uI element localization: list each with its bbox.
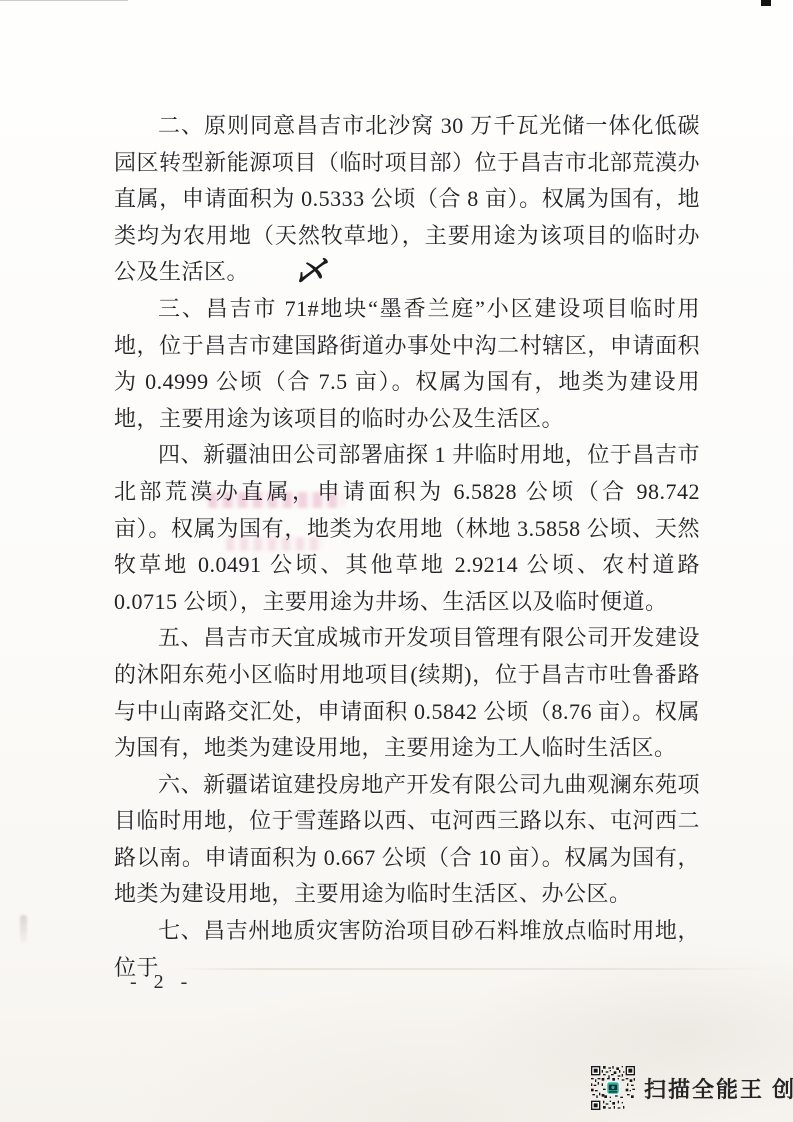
scan-artifact-corner: [761, 0, 771, 6]
handwritten-check-mark: 乄: [252, 251, 333, 289]
scan-smudge: [20, 915, 27, 943]
scanned-document-page: 二、原则同意昌吉市北沙窝 30 万千瓦光储一体化低碳园区转型新能源项目（临时项目…: [0, 0, 793, 1122]
scan-edge-line: [0, 0, 128, 1]
paragraph-item-2: 二、原则同意昌吉市北沙窝 30 万千瓦光储一体化低碳园区转型新能源项目（临时项目…: [114, 108, 700, 291]
paragraph-item-3-text: 三、昌吉市 71#地块“墨香兰庭”小区建设项目临时用地，位于昌吉市建国路街道办事…: [114, 296, 700, 431]
camera-icon: [606, 1081, 619, 1094]
paragraph-item-5: 五、昌吉市天宜成城市开发项目管理有限公司开发建设的沐阳东苑小区临时用地项目(续期…: [114, 620, 700, 766]
paragraph-item-5-text: 五、昌吉市天宜成城市开发项目管理有限公司开发建设的沐阳东苑小区临时用地项目(续期…: [114, 625, 700, 760]
qr-code-icon: [591, 1066, 635, 1110]
paragraph-item-2-text: 二、原则同意昌吉市北沙窝 30 万千瓦光储一体化低碳园区转型新能源项目（临时项目…: [114, 113, 700, 284]
paragraph-item-3: 三、昌吉市 71#地块“墨香兰庭”小区建设项目临时用地，位于昌吉市建国路街道办事…: [114, 291, 700, 437]
paragraph-item-4-text: 四、新疆油田公司部署庙探 1 井临时用地，位于昌吉市北部荒漠办直属，申请面积为 …: [114, 442, 700, 613]
page-number: - 2 -: [130, 971, 193, 994]
paragraph-item-7: 七、昌吉州地质灾害防治项目砂石料堆放点临时用地，位于: [114, 913, 700, 986]
paragraph-item-4: 四、新疆油田公司部署庙探 1 井临时用地，位于昌吉市北部荒漠办直属，申请面积为 …: [114, 437, 700, 620]
paragraph-item-6-text: 六、新疆诺谊建投房地产开发有限公司九曲观澜东苑项目临时用地，位于雪莲路以西、屯河…: [114, 772, 700, 907]
document-body-text: 二、原则同意昌吉市北沙窝 30 万千瓦光储一体化低碳园区转型新能源项目（临时项目…: [114, 108, 700, 986]
scanner-watermark-text: 扫描全能王 创建: [644, 1073, 793, 1104]
scanner-watermark: 扫描全能王 创建: [591, 1066, 793, 1110]
paragraph-item-6: 六、新疆诺谊建投房地产开发有限公司九曲观澜东苑项目临时用地，位于雪莲路以西、屯河…: [114, 767, 700, 913]
paragraph-item-7-text: 七、昌吉州地质灾害防治项目砂石料堆放点临时用地，位于: [114, 918, 700, 980]
